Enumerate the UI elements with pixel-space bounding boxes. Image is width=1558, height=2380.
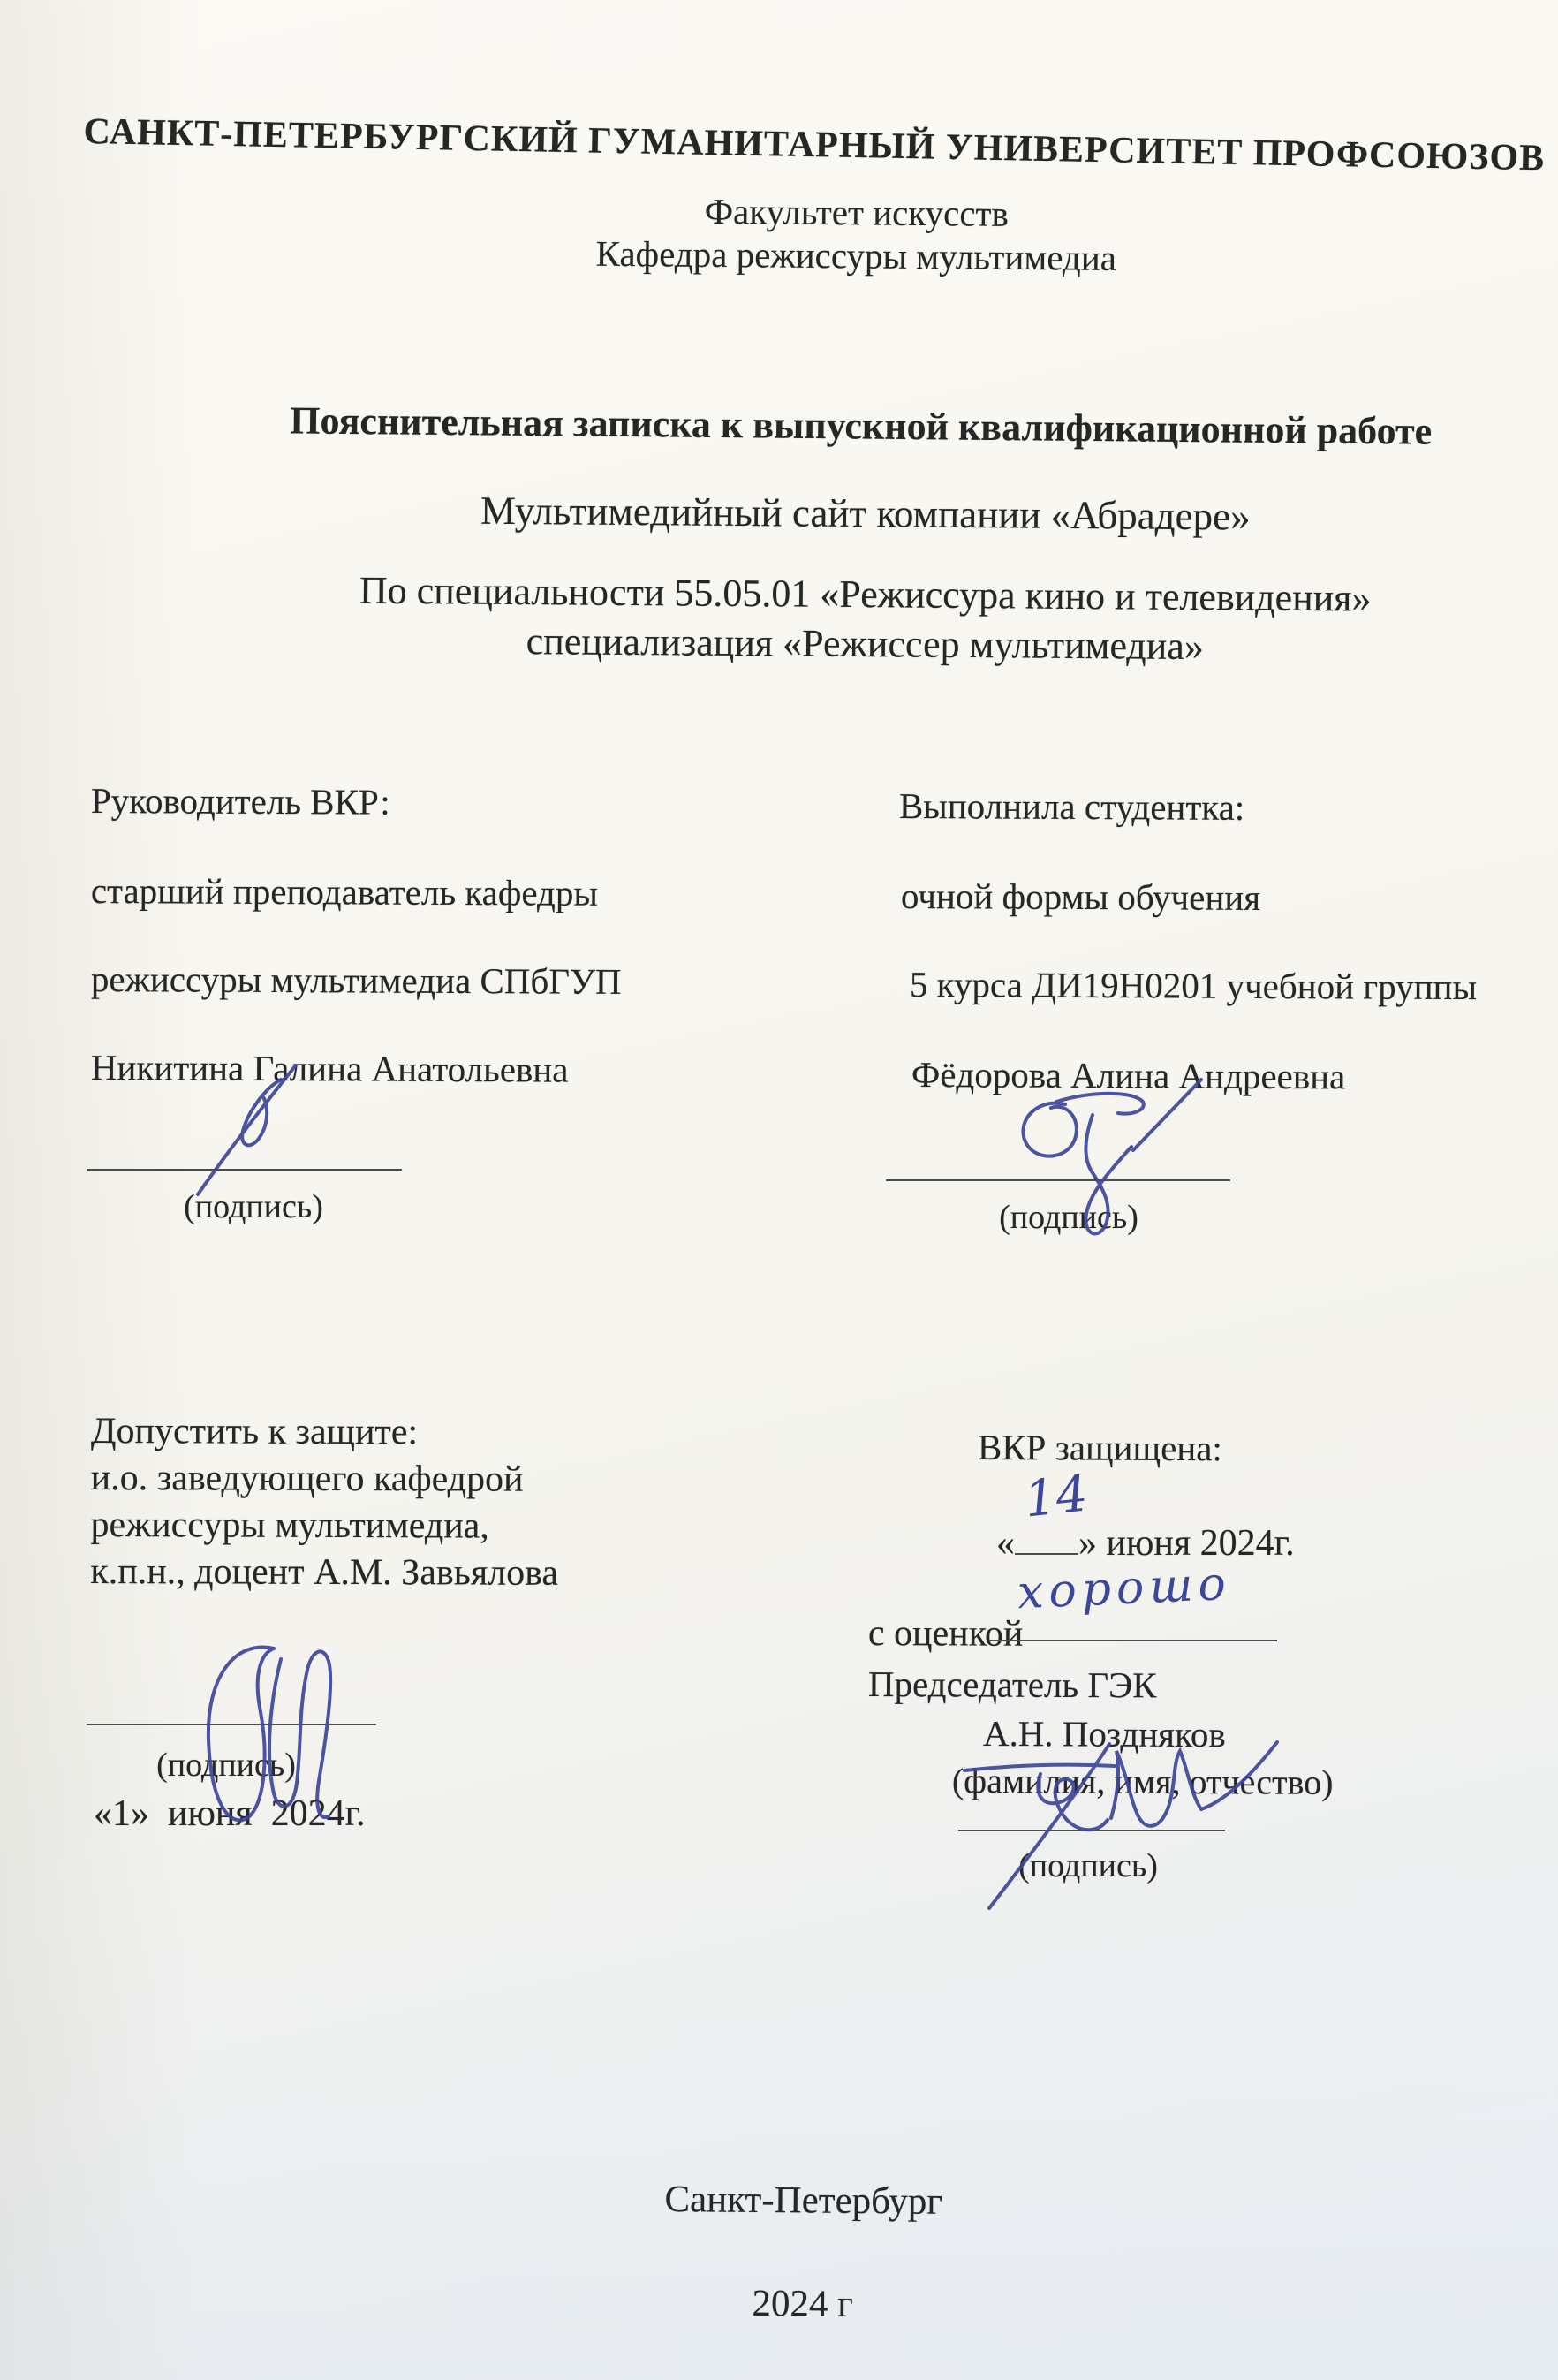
supervisor-signature-caption: (подпись) xyxy=(147,1187,359,1226)
admission-position-line1: и.о. заведующего кафедрой xyxy=(91,1455,559,1504)
chairman-signature-line xyxy=(958,1830,1225,1831)
grade-line xyxy=(989,1640,1277,1641)
grade-label: с оценкой xyxy=(868,1613,1024,1656)
defense-heading: ВКР защищена: xyxy=(978,1428,1222,1469)
admission-heading: Допустить к защите: xyxy=(91,1408,559,1457)
admission-signature-line xyxy=(87,1724,376,1725)
scanned-thesis-title-page: { "page": { "university": "САНКТ-ПЕТЕРБУ… xyxy=(0,0,1558,2380)
admission-position-line2: режиссуры мультимедиа, xyxy=(90,1502,558,1550)
student-study-form: очной формы обучения xyxy=(901,876,1260,919)
student-heading: Выполнила студентка: xyxy=(899,786,1245,829)
admission-date: «1» июня 2024г. xyxy=(94,1793,366,1835)
student-signature-line xyxy=(886,1179,1230,1181)
document-title: Пояснительная записка к выпускной квалиф… xyxy=(168,398,1554,454)
defense-date-suffix: » июня 2024г. xyxy=(1078,1523,1295,1564)
chairman-name-caption: (фамилия, имя, отчество) xyxy=(952,1762,1334,1803)
handwritten-defense-day: 14 xyxy=(1022,1465,1091,1528)
student-name: Фёдорова Алина Андреевна xyxy=(911,1055,1346,1097)
student-signature-caption: (подпись) xyxy=(963,1198,1175,1237)
supervisor-signature-line xyxy=(87,1169,402,1171)
handwritten-grade: хорошо xyxy=(1017,1558,1232,1619)
admission-approver-name: к.п.н., доцент А.М. Завьялова xyxy=(90,1549,558,1597)
specialty-block: По специальности 55.05.01 «Режиссура кин… xyxy=(176,565,1554,674)
defense-date-prefix: « xyxy=(996,1523,1015,1564)
admission-block: Допустить к защите: и.о. заведующего каф… xyxy=(90,1408,558,1597)
student-group: 5 курса ДИ19Н0201 учебной группы xyxy=(910,965,1477,1008)
admission-signature-caption: (подпись) xyxy=(120,1746,332,1785)
chairman-name: А.Н. Поздняков xyxy=(983,1714,1226,1755)
work-title: Мультимедийный сайт компании «Абрадере» xyxy=(177,486,1554,542)
supervisor-name: Никитина Галина Анатольевна xyxy=(91,1048,569,1091)
year-line: 2024 г xyxy=(52,2277,1554,2332)
chairman-title: Председатель ГЭК xyxy=(868,1664,1157,1706)
city-name: Санкт-Петербург xyxy=(53,2173,1554,2229)
footer-block: Санкт-Петербург 2024 г xyxy=(52,2173,1554,2332)
supervisor-position-line1: старший преподаватель кафедры xyxy=(91,871,598,914)
supervisor-position-line2: режиссуры мультимедиа СПбГУП xyxy=(91,959,622,1003)
university-name: САНКТ-ПЕТЕРБУРГСКИЙ ГУМАНИТАРНЫЙ УНИВЕРС… xyxy=(83,111,1545,179)
supervisor-heading: Руководитель ВКР: xyxy=(91,781,390,823)
chairman-signature-caption: (подпись) xyxy=(982,1846,1194,1885)
faculty-block: Факультет искусств Кафедра режиссуры мул… xyxy=(211,186,1501,284)
